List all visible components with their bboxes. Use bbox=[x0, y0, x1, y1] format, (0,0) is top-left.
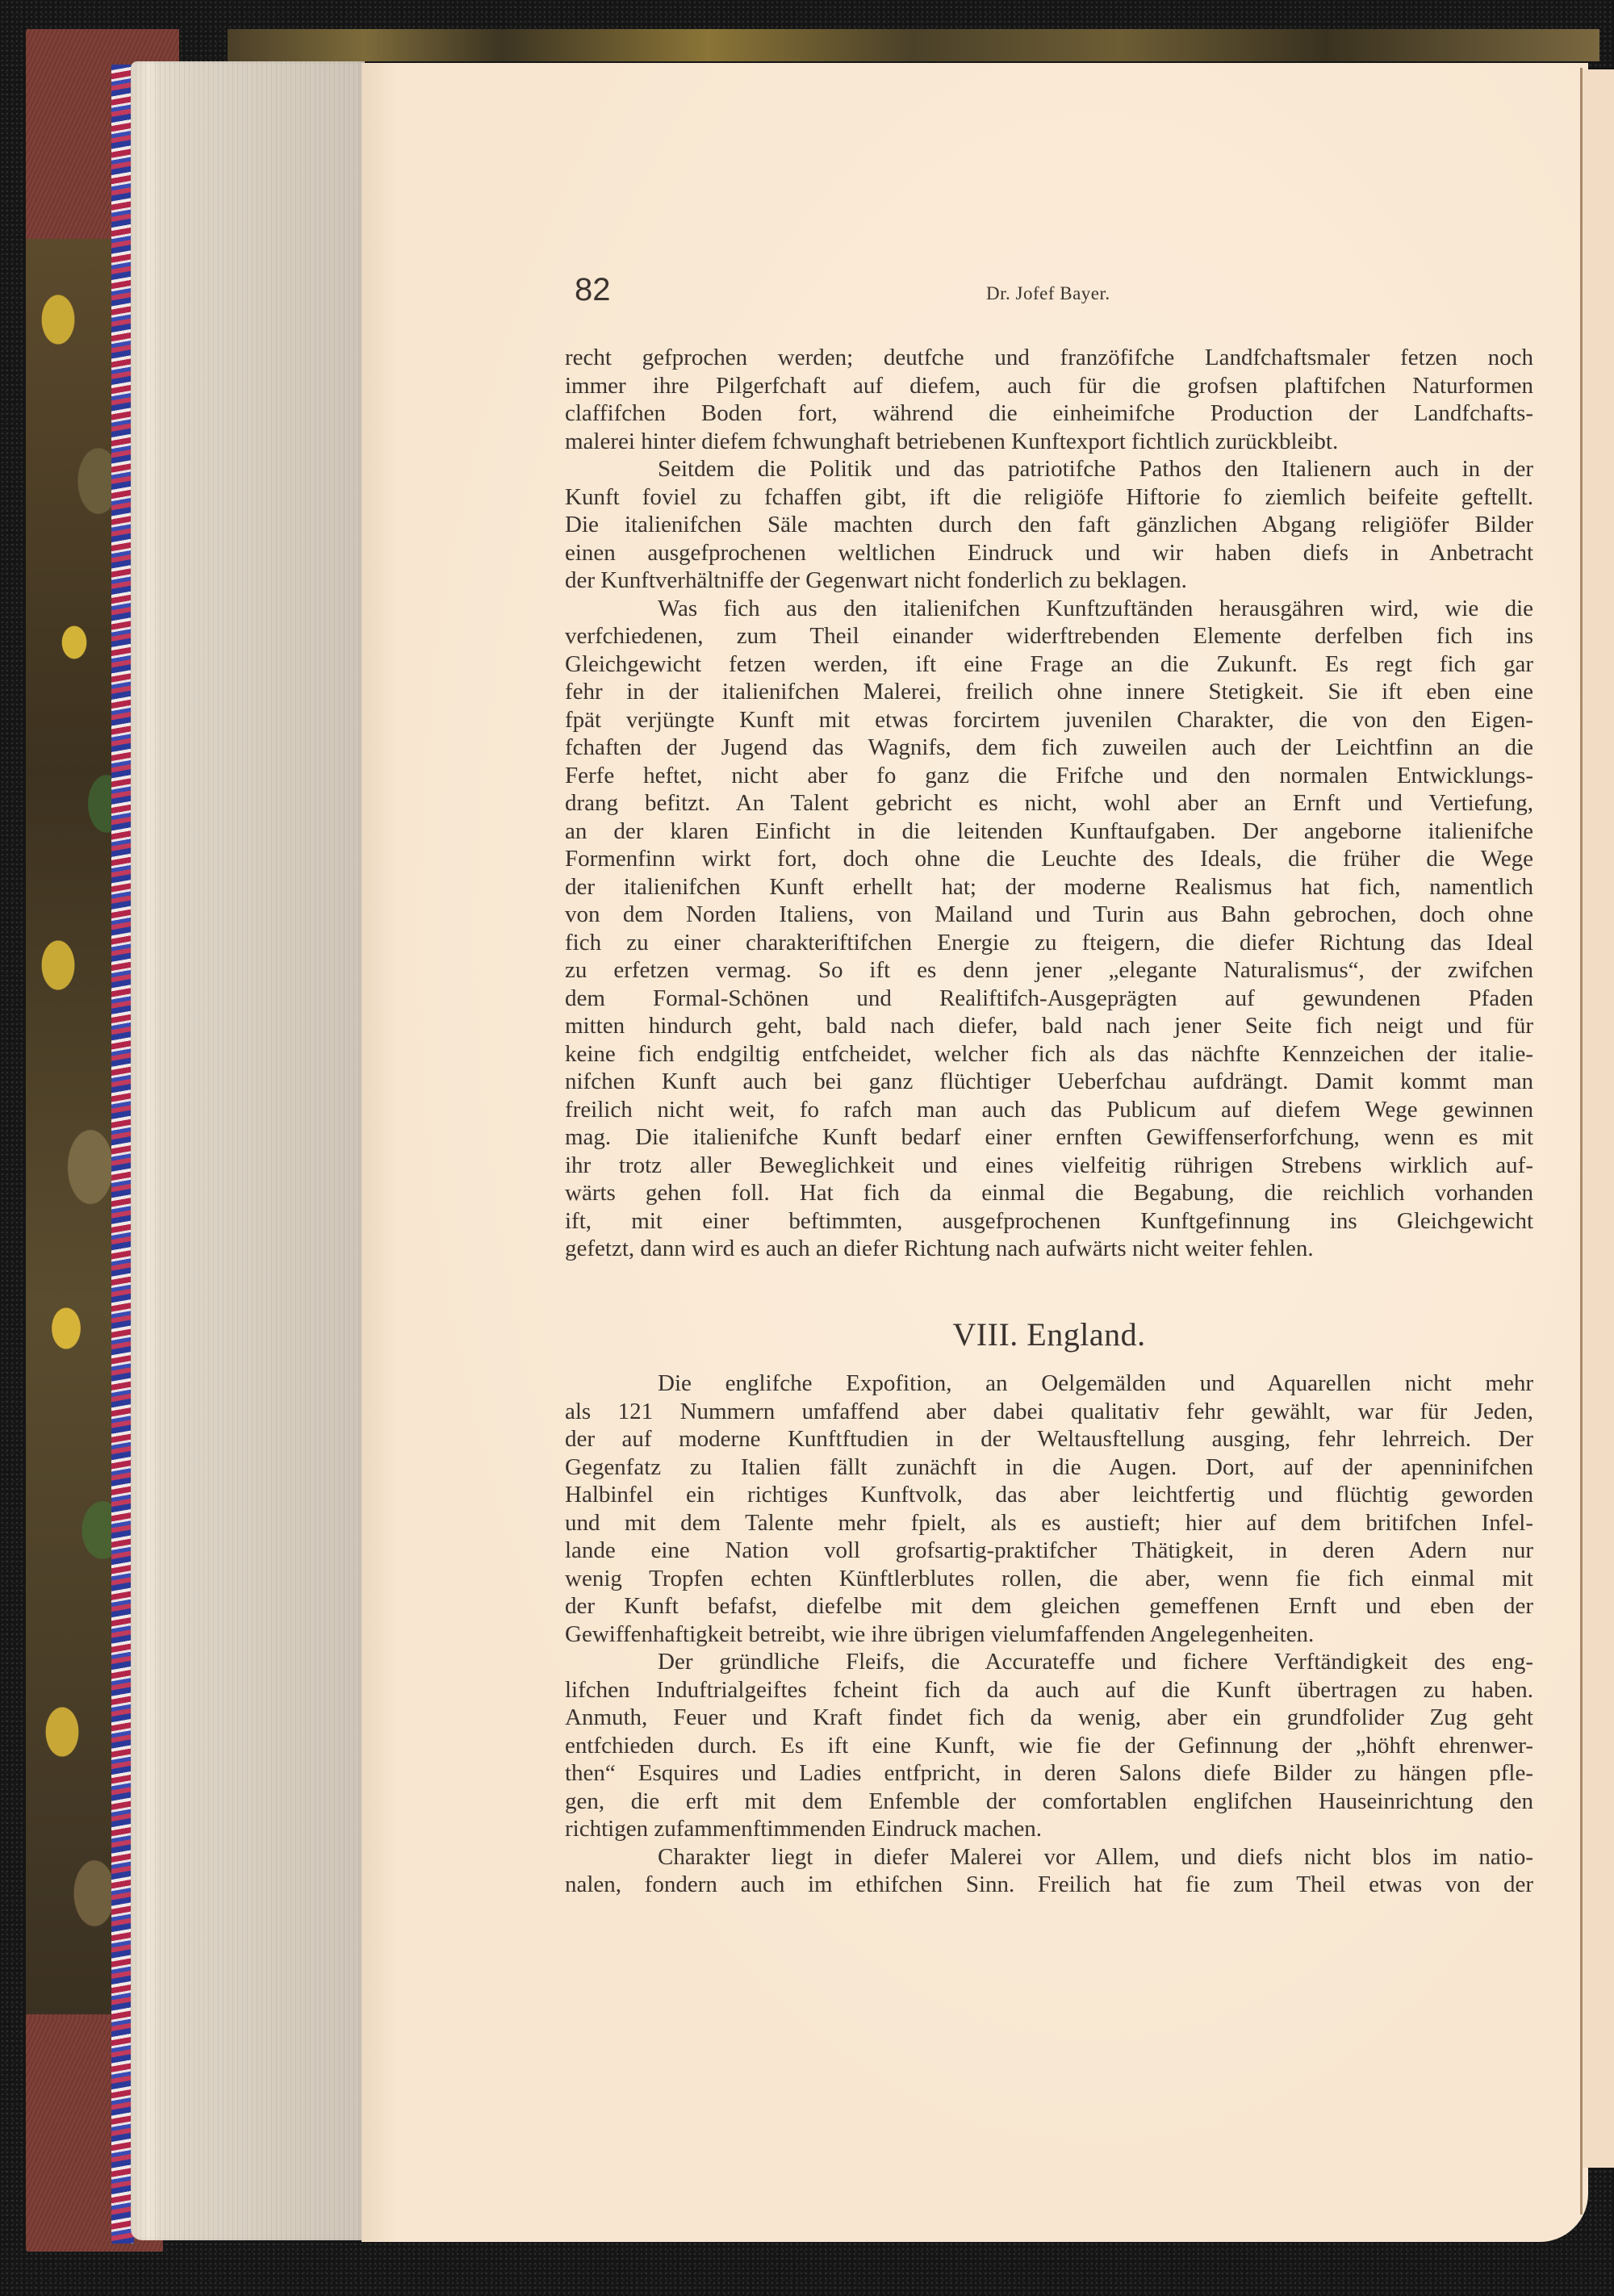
text-line: Kunft foviel zu fchaffen gibt, ift die r… bbox=[565, 483, 1533, 512]
text-line: zu erfetzen vermag. So ift es denn jener… bbox=[565, 956, 1533, 985]
text-line: dem Formal-Schönen und Realiftifch-Ausge… bbox=[565, 985, 1533, 1013]
text-line: fich zu einer charakteriftifchen Energie… bbox=[565, 929, 1533, 957]
text-line: claffifchen Boden fort, während die einh… bbox=[565, 399, 1533, 428]
text-line: drang befitzt. An Talent gebricht es nic… bbox=[565, 789, 1533, 818]
text-line: wenig Tropfen echten Künftlerblutes roll… bbox=[565, 1565, 1533, 1593]
text-line: einen ausgefprochenen weltlichen Eindruc… bbox=[565, 539, 1533, 567]
body-text-section-2: Die englifche Expofition, an Oelgemälden… bbox=[565, 1370, 1533, 1899]
facing-page-edge bbox=[1583, 69, 1614, 2168]
page-edges-stack bbox=[131, 61, 365, 2240]
text-line: Die englifche Expofition, an Oelgemälden… bbox=[565, 1370, 1533, 1398]
text-line: Seitdem die Politik und das patriotifche… bbox=[565, 455, 1533, 483]
text-line: Gegenfatz zu Italien fällt zunächft in d… bbox=[565, 1453, 1533, 1482]
text-line: der auf moderne Kunftftudien in der Welt… bbox=[565, 1425, 1533, 1453]
text-line: ift, mit einer beftimmten, ausgefprochen… bbox=[565, 1207, 1533, 1236]
text-line: fpät verjüngte Kunft mit etwas forcirtem… bbox=[565, 706, 1533, 734]
text-line: von dem Norden Italiens, von Mailand und… bbox=[565, 901, 1533, 929]
text-line: Anmuth, Feuer und Kraft findet fich da w… bbox=[565, 1704, 1533, 1732]
page-number: 82 bbox=[575, 270, 611, 309]
text-line: freilich nicht weit, fo rafch man auch d… bbox=[565, 1096, 1533, 1124]
text-line: malerei hinter diefem fchwunghaft betrie… bbox=[565, 428, 1533, 456]
text-line: Formenfinn wirkt fort, doch ohne die Leu… bbox=[565, 845, 1533, 873]
text-line: entfchieden durch. Es ift eine Kunft, wi… bbox=[565, 1732, 1533, 1760]
text-line: Was fich aus den italienifchen Kunftzuft… bbox=[565, 595, 1533, 623]
text-line: verfchiedenen, zum Theil einander widerf… bbox=[565, 622, 1533, 650]
text-line: richtigen zufammenftimmenden Eindruck ma… bbox=[565, 1815, 1533, 1843]
text-line: ihr trotz aller Beweglichkeit und eines … bbox=[565, 1152, 1533, 1180]
text-line: Halbinfel ein richtiges Kunftvolk, das a… bbox=[565, 1481, 1533, 1509]
text-line: an der klaren Einficht in die leitenden … bbox=[565, 818, 1533, 846]
text-line: nifchen Kunft auch bei ganz flüchtiger U… bbox=[565, 1068, 1533, 1096]
body-text-section-1: recht gefprochen werden; deutfche und fr… bbox=[565, 344, 1533, 1263]
text-line: und mit dem Talente mehr fpielt, als es … bbox=[565, 1509, 1533, 1537]
text-line: Ferfe heftet, nicht aber fo ganz die Fri… bbox=[565, 762, 1533, 790]
text-line: Der gründliche Fleifs, die Accurateffe u… bbox=[565, 1648, 1533, 1676]
section-heading: VIII. England. bbox=[565, 1315, 1533, 1353]
text-line: nalen, fondern auch im ethifchen Sinn. F… bbox=[565, 1871, 1533, 1899]
text-line: der Kunftverhältniffe der Gegenwart nich… bbox=[565, 567, 1533, 595]
text-line: lande eine Nation voll grofsartig-prakti… bbox=[565, 1537, 1533, 1565]
text-line: als 121 Nummern umfaffend aber dabei qua… bbox=[565, 1398, 1533, 1426]
running-head: 82 Dr. Jofef Bayer. bbox=[575, 270, 1543, 319]
text-line: mitten hindurch geht, bald nach diefer, … bbox=[565, 1012, 1533, 1040]
text-line: mag. Die italienifche Kunft bedarf einer… bbox=[565, 1123, 1533, 1152]
text-line: fchaften der Jugend das Wagnifs, dem fic… bbox=[565, 734, 1533, 762]
text-line: Gleichgewicht fetzen werden, ift eine Fr… bbox=[565, 650, 1533, 679]
text-line: recht gefprochen werden; deutfche und fr… bbox=[565, 344, 1533, 372]
text-line: gen, die erft mit dem Enfemble der comfo… bbox=[565, 1788, 1533, 1816]
text-line: Gewiffenhaftigkeit betreibt, wie ihre üb… bbox=[565, 1621, 1533, 1649]
marbled-board-top-strip bbox=[228, 29, 1599, 61]
page-gutter-fold bbox=[1580, 68, 1583, 2214]
text-line: then“ Esquires und Ladies entfpricht, in… bbox=[565, 1759, 1533, 1788]
running-head-author: Dr. Jofef Bayer. bbox=[986, 283, 1110, 304]
text-line: Die italienifchen Säle machten durch den… bbox=[565, 511, 1533, 539]
text-line: der italienifchen Kunft erhellt hat; der… bbox=[565, 873, 1533, 901]
text-line: keine fich endgiltig entfcheidet, welche… bbox=[565, 1040, 1533, 1069]
text-line: gefetzt, dann wird es auch an diefer Ric… bbox=[565, 1235, 1533, 1263]
text-line: der Kunft befafst, diefelbe mit dem glei… bbox=[565, 1592, 1533, 1621]
text-line: wärts gehen foll. Hat fich da einmal die… bbox=[565, 1179, 1533, 1207]
text-line: Charakter liegt in diefer Malerei vor Al… bbox=[565, 1843, 1533, 1872]
text-line: immer ihre Pilgerfchaft auf diefem, auch… bbox=[565, 372, 1533, 400]
text-line: lifchen Induftrialgeiftes fcheint fich d… bbox=[565, 1676, 1533, 1704]
text-line: fehr in der italienifchen Malerei, freil… bbox=[565, 678, 1533, 706]
